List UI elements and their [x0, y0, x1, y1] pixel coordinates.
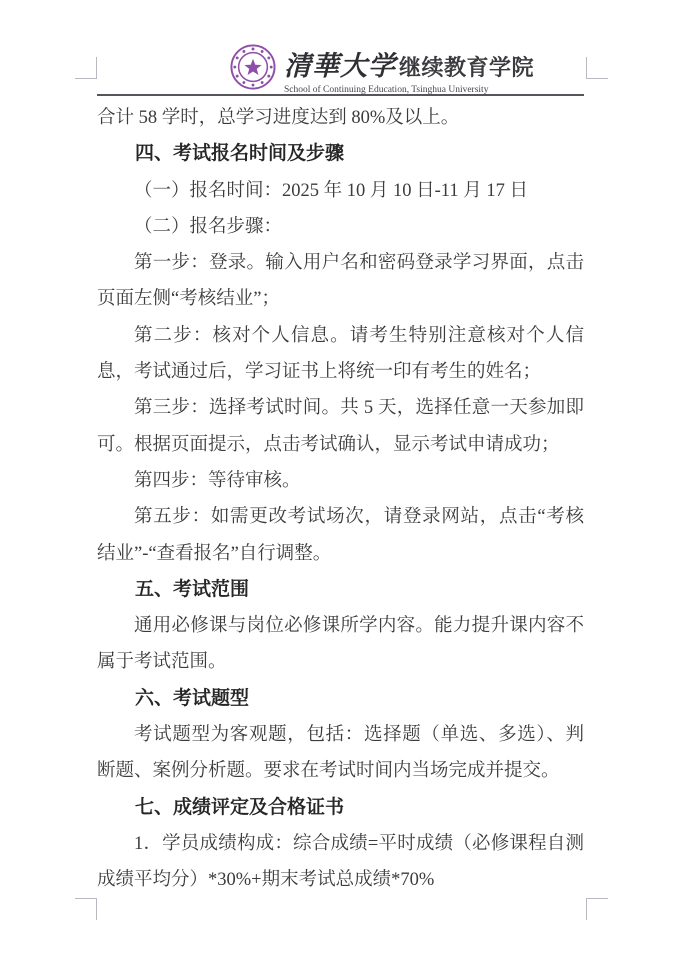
document-page: 清華大学 继续教育学院 School of Continuing Educati… — [0, 0, 683, 974]
paragraph: 第二步：核对个人信息。请考生特别注意核对个人信息，考试通过后，学习证书上将统一印… — [97, 318, 584, 391]
crop-mark-bottom-left — [75, 898, 97, 920]
school-name: 继续教育学院 — [399, 51, 534, 82]
paragraph: 第四步：等待审核。 — [97, 463, 584, 499]
section-heading: 五、考试范围 — [97, 572, 584, 608]
paragraph: 1．学员成绩构成：综合成绩=平时成绩（必修课程自测成绩平均分）*30%+期末考试… — [97, 826, 584, 899]
document-body: 合计 58 学时，总学习进度达到 80%及以上。四、考试报名时间及步骤（一）报名… — [97, 100, 584, 899]
university-name-script: 清華大学 — [284, 44, 396, 83]
paragraph: （一）报名时间：2025 年 10 月 10 日-11 月 17 日 — [97, 173, 584, 209]
header-divider — [97, 94, 584, 96]
paragraph: 第一步：登录。输入用户名和密码登录学习界面，点击页面左侧“考核结业”； — [97, 245, 584, 318]
section-heading: 六、考试题型 — [97, 681, 584, 717]
paragraph: 合计 58 学时，总学习进度达到 80%及以上。 — [97, 100, 584, 136]
paragraph: 第三步：选择考试时间。共 5 天，选择任意一天参加即可。根据页面提示，点击考试确… — [97, 390, 584, 463]
crop-mark-top-right — [586, 57, 608, 79]
section-heading: 四、考试报名时间及步骤 — [97, 136, 584, 172]
tsinghua-seal-icon — [230, 44, 276, 90]
crop-mark-bottom-right — [586, 898, 608, 920]
paragraph: （二）报名步骤： — [97, 209, 584, 245]
paragraph: 考试题型为客观题，包括：选择题（单选、多选）、判断题、案例分析题。要求在考试时间… — [97, 717, 584, 790]
section-heading: 七、成绩评定及合格证书 — [97, 790, 584, 826]
paragraph: 第五步：如需更改考试场次，请登录网站，点击“考核结业”-“查看报名”自行调整。 — [97, 499, 584, 572]
crop-mark-top-left — [75, 57, 97, 79]
paragraph: 通用必修课与岗位必修课所学内容。能力提升课内容不属于考试范围。 — [97, 608, 584, 681]
